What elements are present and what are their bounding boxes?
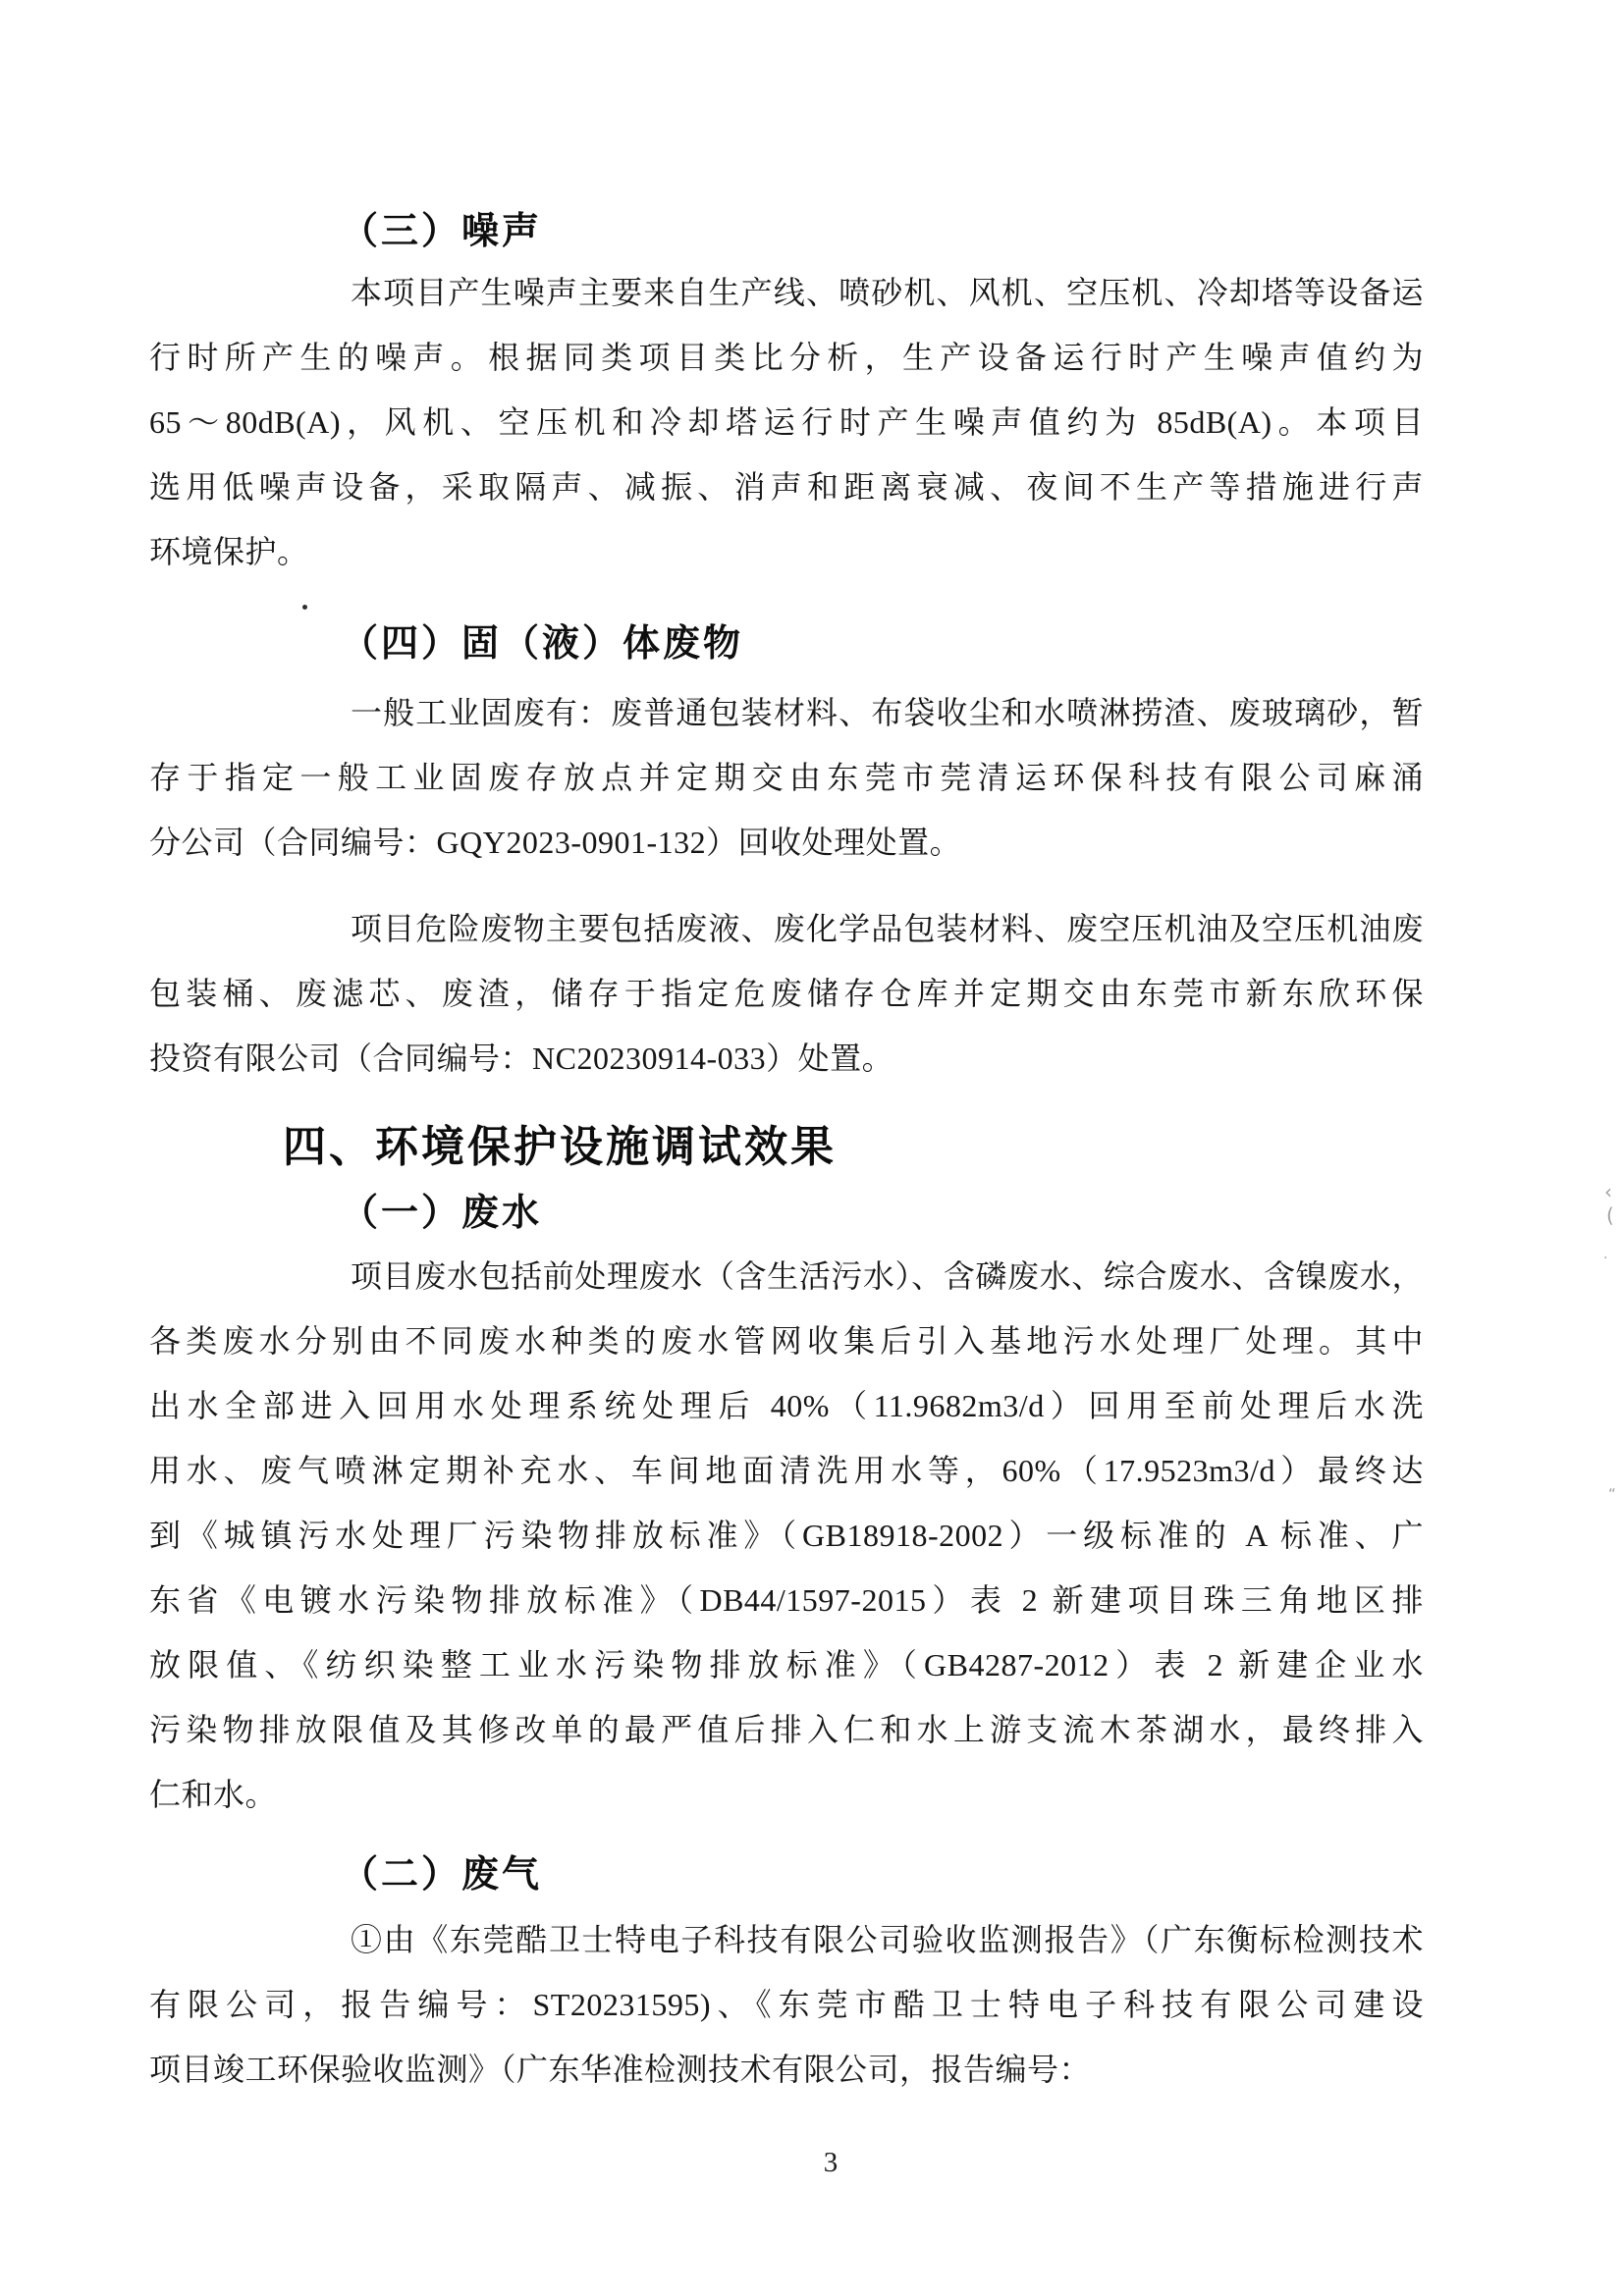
text-line: 各类废水分别由不同废水种类的废水管网收集后引入基地污水处理厂处理。其中 — [149, 1308, 1424, 1373]
scan-speck: · — [1603, 1249, 1607, 1268]
text-line: 行时所产生的噪声。根据同类项目类比分析，生产设备运行时产生噪声值约为 — [149, 325, 1424, 390]
page-number: 3 — [0, 2146, 1624, 2179]
text-line: 放限值、《纺织染整工业水污染物排放标准》（GB4287-2012）表 2 新建企… — [149, 1632, 1424, 1697]
text-line: 有限公司，报告编号：ST20231595)、《东莞市酷卫士特电子科技有限公司建设 — [149, 1972, 1424, 2037]
section-heading-solid-waste: （四）固（液）体废物 — [149, 620, 1615, 667]
text-line: 环境保护。 — [149, 519, 1424, 584]
text-line: 一般工业固废有：废普通包装材料、布袋收尘和水喷淋捞渣、废玻璃砂，暂 — [149, 680, 1424, 745]
text-line: 仁和水。 — [149, 1762, 1424, 1827]
document-page: （三）噪声 本项目产生噪声主要来自生产线、喷砂机、风机、空压机、冷却塔等设备运行… — [0, 0, 1624, 2296]
scan-speck: ( — [1606, 1205, 1614, 1225]
text-line: 用水、废气喷淋定期补充水、车间地面清洗用水等，60%（17.9523m3/d）最… — [149, 1438, 1424, 1503]
paragraph-noise: 本项目产生噪声主要来自生产线、喷砂机、风机、空压机、冷却塔等设备运行时所产生的噪… — [149, 260, 1424, 584]
text-line: 本项目产生噪声主要来自生产线、喷砂机、风机、空压机、冷却塔等设备运 — [149, 260, 1424, 325]
paragraph-general-industrial-waste: 一般工业固废有：废普通包装材料、布袋收尘和水喷淋捞渣、废玻璃砂，暂存于指定一般工… — [149, 680, 1424, 875]
ink-dot-artifact — [302, 605, 307, 610]
section-heading-wastewater: （一）废水 — [149, 1190, 1615, 1237]
scan-speck: “ — [1608, 1484, 1616, 1504]
text-line: 存于指定一般工业固废存放点并定期交由东莞市莞清运环保科技有限公司麻涌 — [149, 745, 1424, 810]
paragraph-wastewater: 项目废水包括前处理废水（含生活污水）、含磷废水、综合废水、含镍废水，各类废水分别… — [149, 1244, 1424, 1827]
text-line: 到《城镇污水处理厂污染物排放标准》（GB18918-2002）一级标准的 A 标… — [149, 1503, 1424, 1568]
paragraph-waste-gas: ①由《东莞酷卫士特电子科技有限公司验收监测报告》（广东衡标检测技术有限公司，报告… — [149, 1907, 1424, 2102]
paragraph-hazardous-waste: 项目危险废物主要包括废液、废化学品包装材料、废空压机油及空压机油废包装桶、废滤芯… — [149, 896, 1424, 1091]
section-heading-noise: （三）噪声 — [149, 208, 1615, 255]
text-line: 项目废水包括前处理废水（含生活污水）、含磷废水、综合废水、含镍废水， — [149, 1244, 1424, 1308]
scan-speck: ‹ — [1604, 1182, 1612, 1201]
text-line: 包装桶、废滤芯、废渣，储存于指定危废储存仓库并定期交由东莞市新东欣环保 — [149, 961, 1424, 1026]
chapter-heading-commissioning-effects: 四、环境保护设施调试效果 — [149, 1120, 1557, 1175]
text-line: 东省《电镀水污染物排放标准》（DB44/1597-2015）表 2 新建项目珠三… — [149, 1568, 1424, 1632]
text-line: 污染物排放限值及其修改单的最严值后排入仁和水上游支流木茶湖水，最终排入 — [149, 1697, 1424, 1762]
text-line: 项目竣工环保验收监测》（广东华准检测技术有限公司，报告编号： — [149, 2037, 1424, 2102]
text-line: 分公司（合同编号：GQY2023-0901-132）回收处理处置。 — [149, 810, 1424, 875]
text-line: 65～80dB(A)，风机、空压机和冷却塔运行时产生噪声值约为 85dB(A)。… — [149, 390, 1424, 454]
section-heading-waste-gas: （二）废气 — [149, 1851, 1615, 1898]
text-line: 投资有限公司（合同编号：NC20230914-033）处置。 — [149, 1026, 1424, 1091]
text-line: 选用低噪声设备，采取隔声、减振、消声和距离衰减、夜间不生产等措施进行声 — [149, 454, 1424, 519]
text-line: 出水全部进入回用水处理系统处理后 40%（11.9682m3/d）回用至前处理后… — [149, 1373, 1424, 1438]
text-line: ①由《东莞酷卫士特电子科技有限公司验收监测报告》（广东衡标检测技术 — [149, 1907, 1424, 1972]
text-line: 项目危险废物主要包括废液、废化学品包装材料、废空压机油及空压机油废 — [149, 896, 1424, 961]
